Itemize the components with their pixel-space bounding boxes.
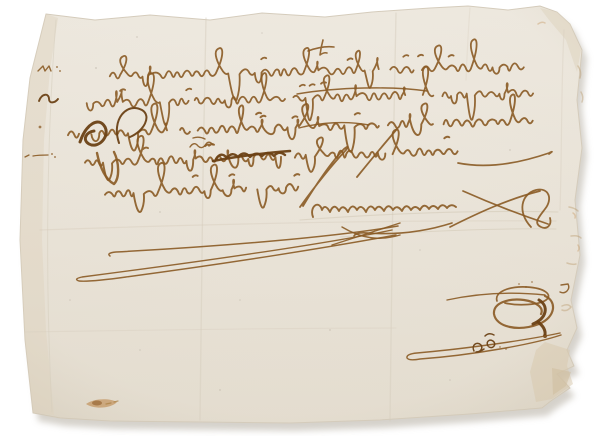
paper-vignette (20, 6, 582, 423)
manuscript-svg (0, 0, 600, 436)
margin-dot (56, 66, 58, 68)
stain-core (92, 401, 102, 406)
margin-dot (59, 70, 61, 72)
margin-dot (51, 153, 53, 155)
margin-dot (39, 126, 42, 129)
manuscript-photo (0, 0, 600, 436)
margin-dot (54, 156, 56, 158)
